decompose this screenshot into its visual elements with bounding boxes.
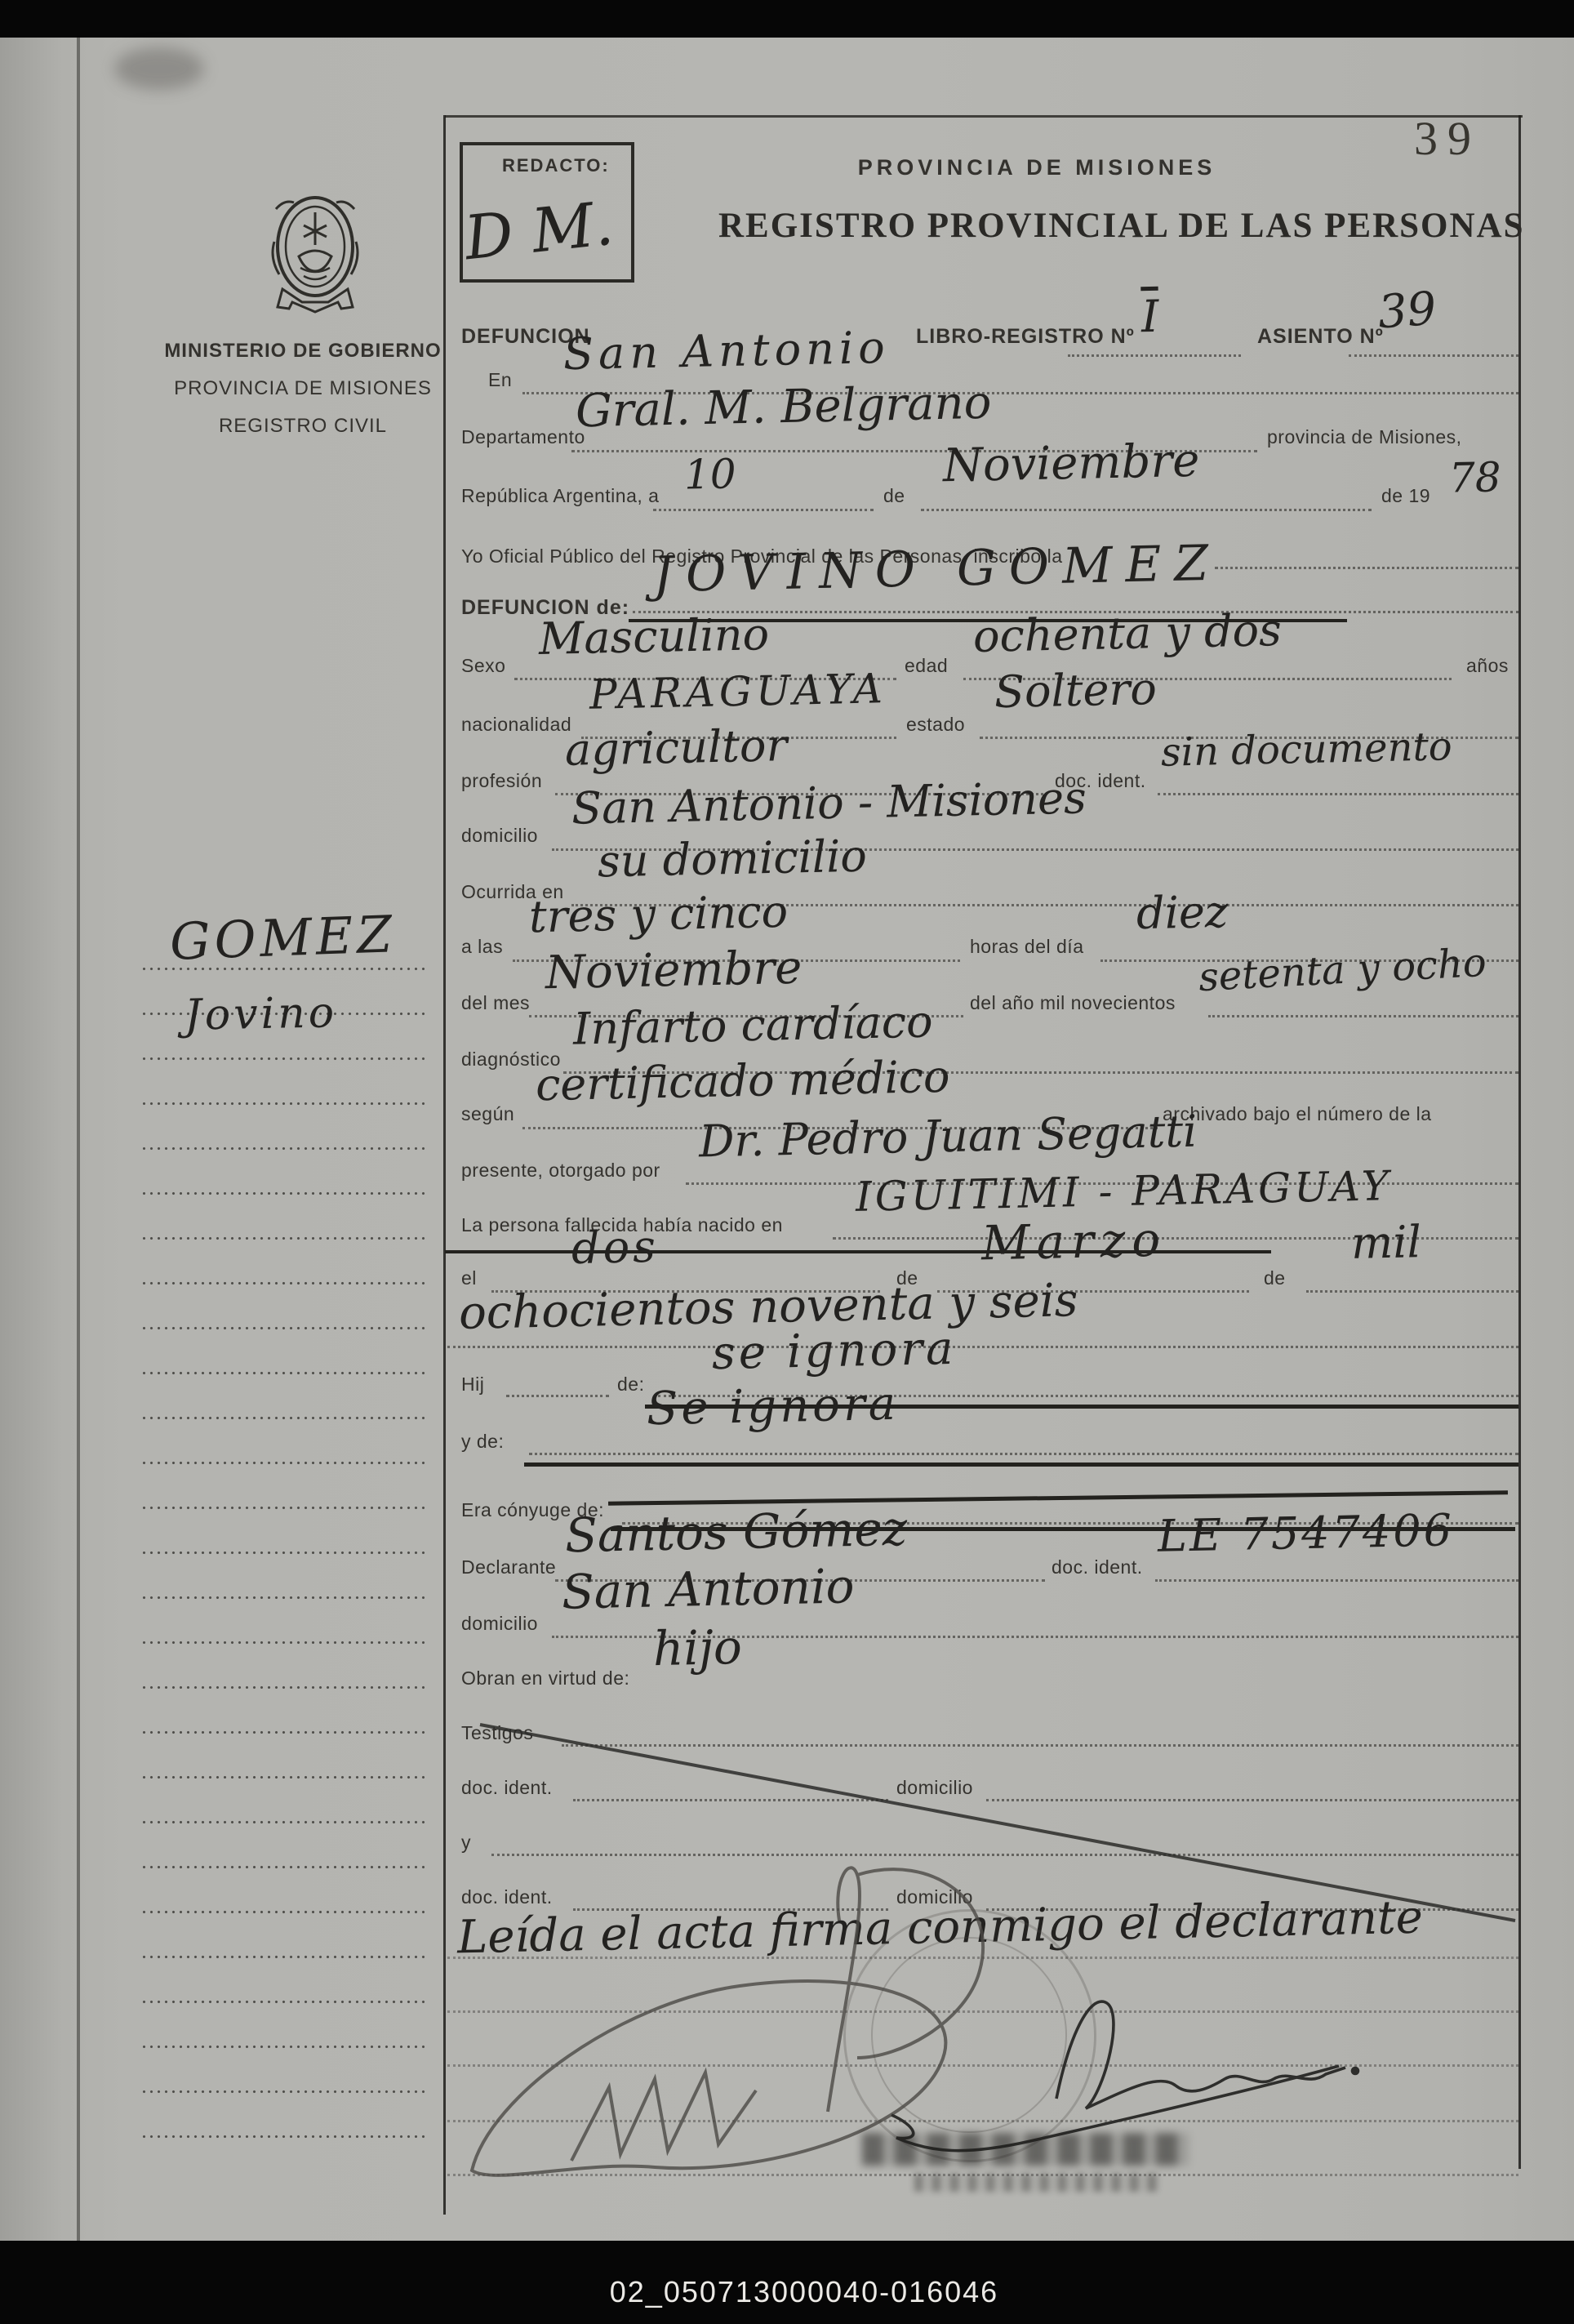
registry-title: REGISTRO PROVINCIAL DE LAS PERSONAS [718, 206, 1525, 246]
presente-label: presente, otorgado por [461, 1160, 660, 1182]
sexo-label: Sexo [461, 655, 505, 677]
dotted-rule [529, 1453, 1518, 1455]
misiones-coat-of-arms-icon [268, 193, 362, 322]
hijo-label: Hij [461, 1373, 484, 1396]
dotted-rule [447, 1346, 1518, 1348]
estado-label: estado [906, 714, 965, 736]
name-stamp-blurred [862, 2133, 1189, 2166]
month-value: Noviembre [942, 434, 1200, 493]
domicilio-label: domicilio [461, 825, 538, 847]
sexo-value: Masculino [538, 608, 769, 665]
redacto-initials: D M. [461, 189, 616, 274]
domicilio2-label: domicilio [461, 1613, 538, 1635]
declarant-signature [472, 1868, 983, 2175]
form-top-rule [445, 115, 1523, 118]
dotted-rule [1215, 567, 1518, 569]
edad-label: edad [905, 655, 948, 677]
obran-value: hijo [652, 1619, 742, 1676]
margin-surname: GOMEZ [169, 904, 398, 972]
archivado-label: archivado bajo el número de la [1163, 1103, 1432, 1125]
redacto-box: REDACTO: D M. [460, 142, 634, 283]
edad-value: ochenta y dos [972, 604, 1282, 662]
dotted-rule [1155, 1579, 1518, 1582]
provincia-suffix: provincia de Misiones, [1267, 426, 1462, 448]
margin-ruled-lines [140, 952, 428, 2177]
dotted-rule [1158, 793, 1518, 795]
archive-code: 02_050713000040-016046 [478, 2275, 1131, 2309]
departamento-label: Departamento [461, 426, 585, 448]
republica-label: República Argentina, a [461, 485, 659, 507]
ano-value: setenta y ocho [1198, 940, 1487, 1000]
birth-day: dos [571, 1221, 659, 1274]
dotted-rule [1208, 1015, 1518, 1017]
testigos-strike-line [480, 1725, 1515, 1921]
birth-month: Marzo [980, 1212, 1167, 1271]
domicilio2-value: San Antonio [561, 1558, 855, 1619]
delano-label: del año mil novecientos [970, 992, 1176, 1014]
ink-smudge [114, 47, 204, 90]
letterhead-office: REGISTRO CIVIL [160, 415, 446, 438]
mes-value: Noviembre [545, 942, 803, 1000]
declarante-doc-value: LE 7547406 [1157, 1504, 1454, 1562]
redacto-label: REDACTO: [502, 155, 610, 176]
deceased-name: JOVINO GOMEZ [652, 535, 1221, 604]
segun-value: certificado médico [535, 1051, 950, 1111]
margin-given-name: Jovino [184, 988, 337, 1040]
de19-label: de 19 [1381, 485, 1430, 507]
dotted-rule [1306, 1290, 1518, 1293]
nacionalidad-value: PARAGUAYA [589, 665, 887, 719]
mother-underline [524, 1463, 1518, 1467]
letterhead-ministry: MINISTERIO DE GOBIERNO [160, 340, 446, 363]
province-title: PROVINCIA DE MISIONES [849, 155, 1225, 180]
father-value: se ignora [711, 1322, 957, 1380]
signatures-layer [441, 1698, 1531, 2205]
en-label: En [488, 369, 512, 391]
mother-value: Se ignora [646, 1378, 899, 1436]
book-label: LIBRO-REGISTRO Nº [916, 325, 1135, 349]
dia-value: diez [1136, 886, 1229, 939]
hijo-de-label: de: [617, 1373, 644, 1396]
ocurrida-value: su domicilio [597, 830, 867, 888]
obran-label: Obran en virtud de: [461, 1667, 629, 1690]
yde-label: y de: [461, 1431, 504, 1453]
horas-label: horas del día [970, 936, 1083, 958]
entry-label: ASIENTO Nº [1257, 325, 1384, 349]
delmes-label: del mes [461, 992, 530, 1014]
presente-value: Dr. Pedro Juan Segatti [698, 1106, 1198, 1168]
letterhead-province: PROVINCIA DE MISIONES [160, 377, 446, 400]
registrar-signature [891, 2001, 1358, 2151]
dotted-rule [506, 1395, 609, 1397]
diagnostico-value: Infarto cardíaco [572, 995, 933, 1054]
dotted-rule [1349, 354, 1518, 357]
birth-de2: de [1264, 1267, 1286, 1289]
name-stamp-blurred-line2 [914, 2174, 1159, 2192]
de-label: de [883, 485, 905, 507]
alas-value: tres y cinco [528, 886, 788, 943]
scan-top-band [0, 0, 1574, 38]
domicilio-value: San Antonio - Misiones [571, 772, 1087, 834]
estado-value: Soltero [994, 663, 1157, 718]
place-value: San Antonio [562, 322, 890, 380]
alas-label: a las [461, 936, 503, 958]
page-number: 39 [1414, 111, 1481, 166]
profesion-value: agricultor [564, 719, 787, 776]
entry-value: 39 [1376, 283, 1438, 340]
declarante-doc-label: doc. ident. [1052, 1556, 1143, 1578]
profesion-label: profesión [461, 770, 542, 792]
year-value: 78 [1448, 453, 1501, 501]
dotted-rule [1068, 354, 1241, 357]
declarante-value: Santos Gómez [564, 1501, 908, 1564]
declarante-label: Declarante [461, 1556, 556, 1578]
book-value: I [1140, 291, 1159, 342]
birth-year-1: mil [1350, 1216, 1421, 1269]
day-value: 10 [683, 450, 736, 498]
dotted-rule [653, 509, 874, 511]
anos-label: años [1466, 655, 1509, 677]
dotted-rule [921, 509, 1372, 511]
doc-ident-value: sin documento [1160, 723, 1452, 775]
segun-label: según [461, 1103, 514, 1125]
departamento-value: Gral. M. Belgrano [575, 376, 992, 439]
death-certificate-scan: 02_050713000040-016046 39 REDACTO: D M. … [0, 0, 1574, 2324]
nacionalidad-label: nacionalidad [461, 714, 571, 736]
page-fold-line [77, 38, 80, 2241]
